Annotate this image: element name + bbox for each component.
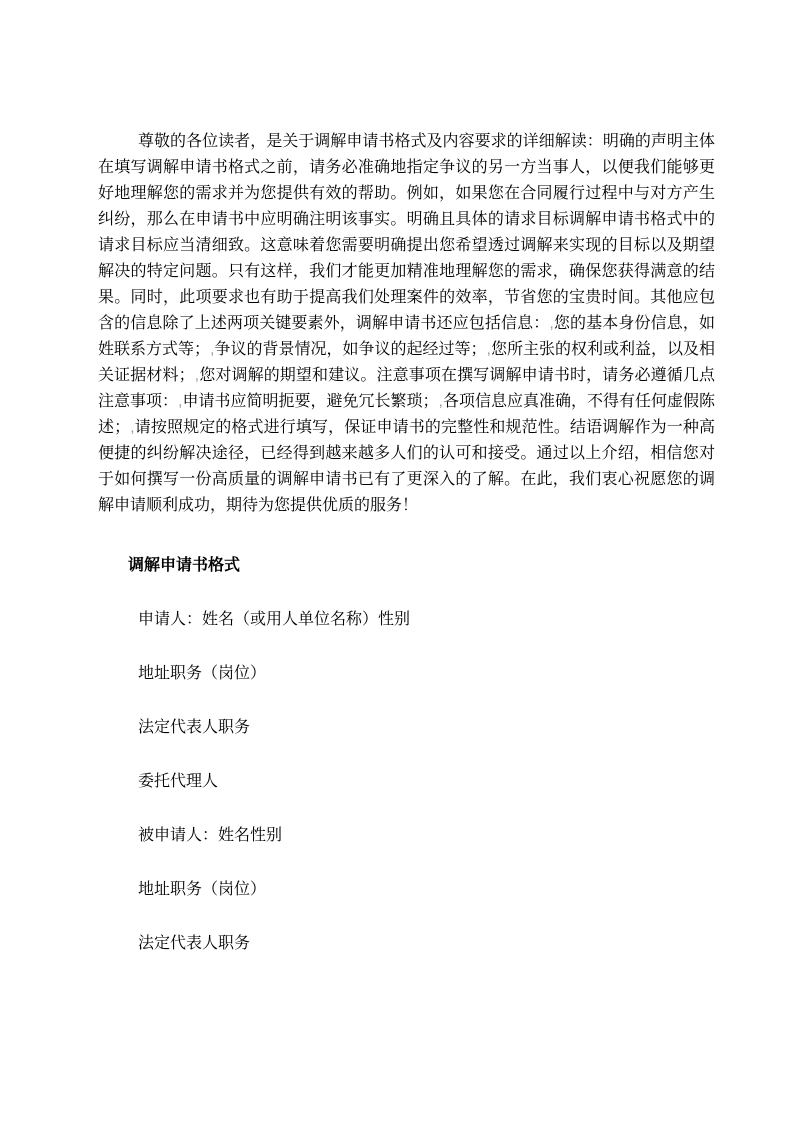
intro-paragraph: 尊敬的各位读者，是关于调解申请书格式及内容要求的详细解读：明确的声明主体在填写调… (98, 129, 715, 519)
paragraph-run: 请按照规定的格式进行填写，保证申请书的完整性和规范性。结语调解作为一种高便捷的纠… (98, 419, 715, 514)
form-line-legal-rep-2: 法定代表人职务 (98, 931, 793, 957)
form-line-address-2: 地址职务（岗位） (98, 877, 793, 903)
paragraph-run: 申请书应简明扼要，避免冗长繁琐； (182, 393, 438, 410)
paragraph-run: 尊敬的各位读者，是关于调解申请书格式及内容要求的详细解读：明确的声明主体在填写调… (98, 133, 715, 332)
form-line-address-1: 地址职务（岗位） (98, 661, 793, 687)
form-line-applicant: 申请人：姓名（或用人单位名称）性别 (98, 607, 793, 633)
paragraph-run: 争议的背景情况，如争议的起经过等； (214, 341, 486, 358)
form-line-legal-rep-1: 法定代表人职务 (98, 715, 793, 741)
form-line-respondent: 被申请人：姓名性别 (98, 823, 793, 849)
section-heading: 调解申请书格式 (98, 553, 793, 579)
form-line-agent: 委托代理人 (98, 769, 793, 795)
document-page: 尊敬的各位读者，是关于调解申请书格式及内容要求的详细解读：明确的声明主体在填写调… (0, 0, 793, 1122)
